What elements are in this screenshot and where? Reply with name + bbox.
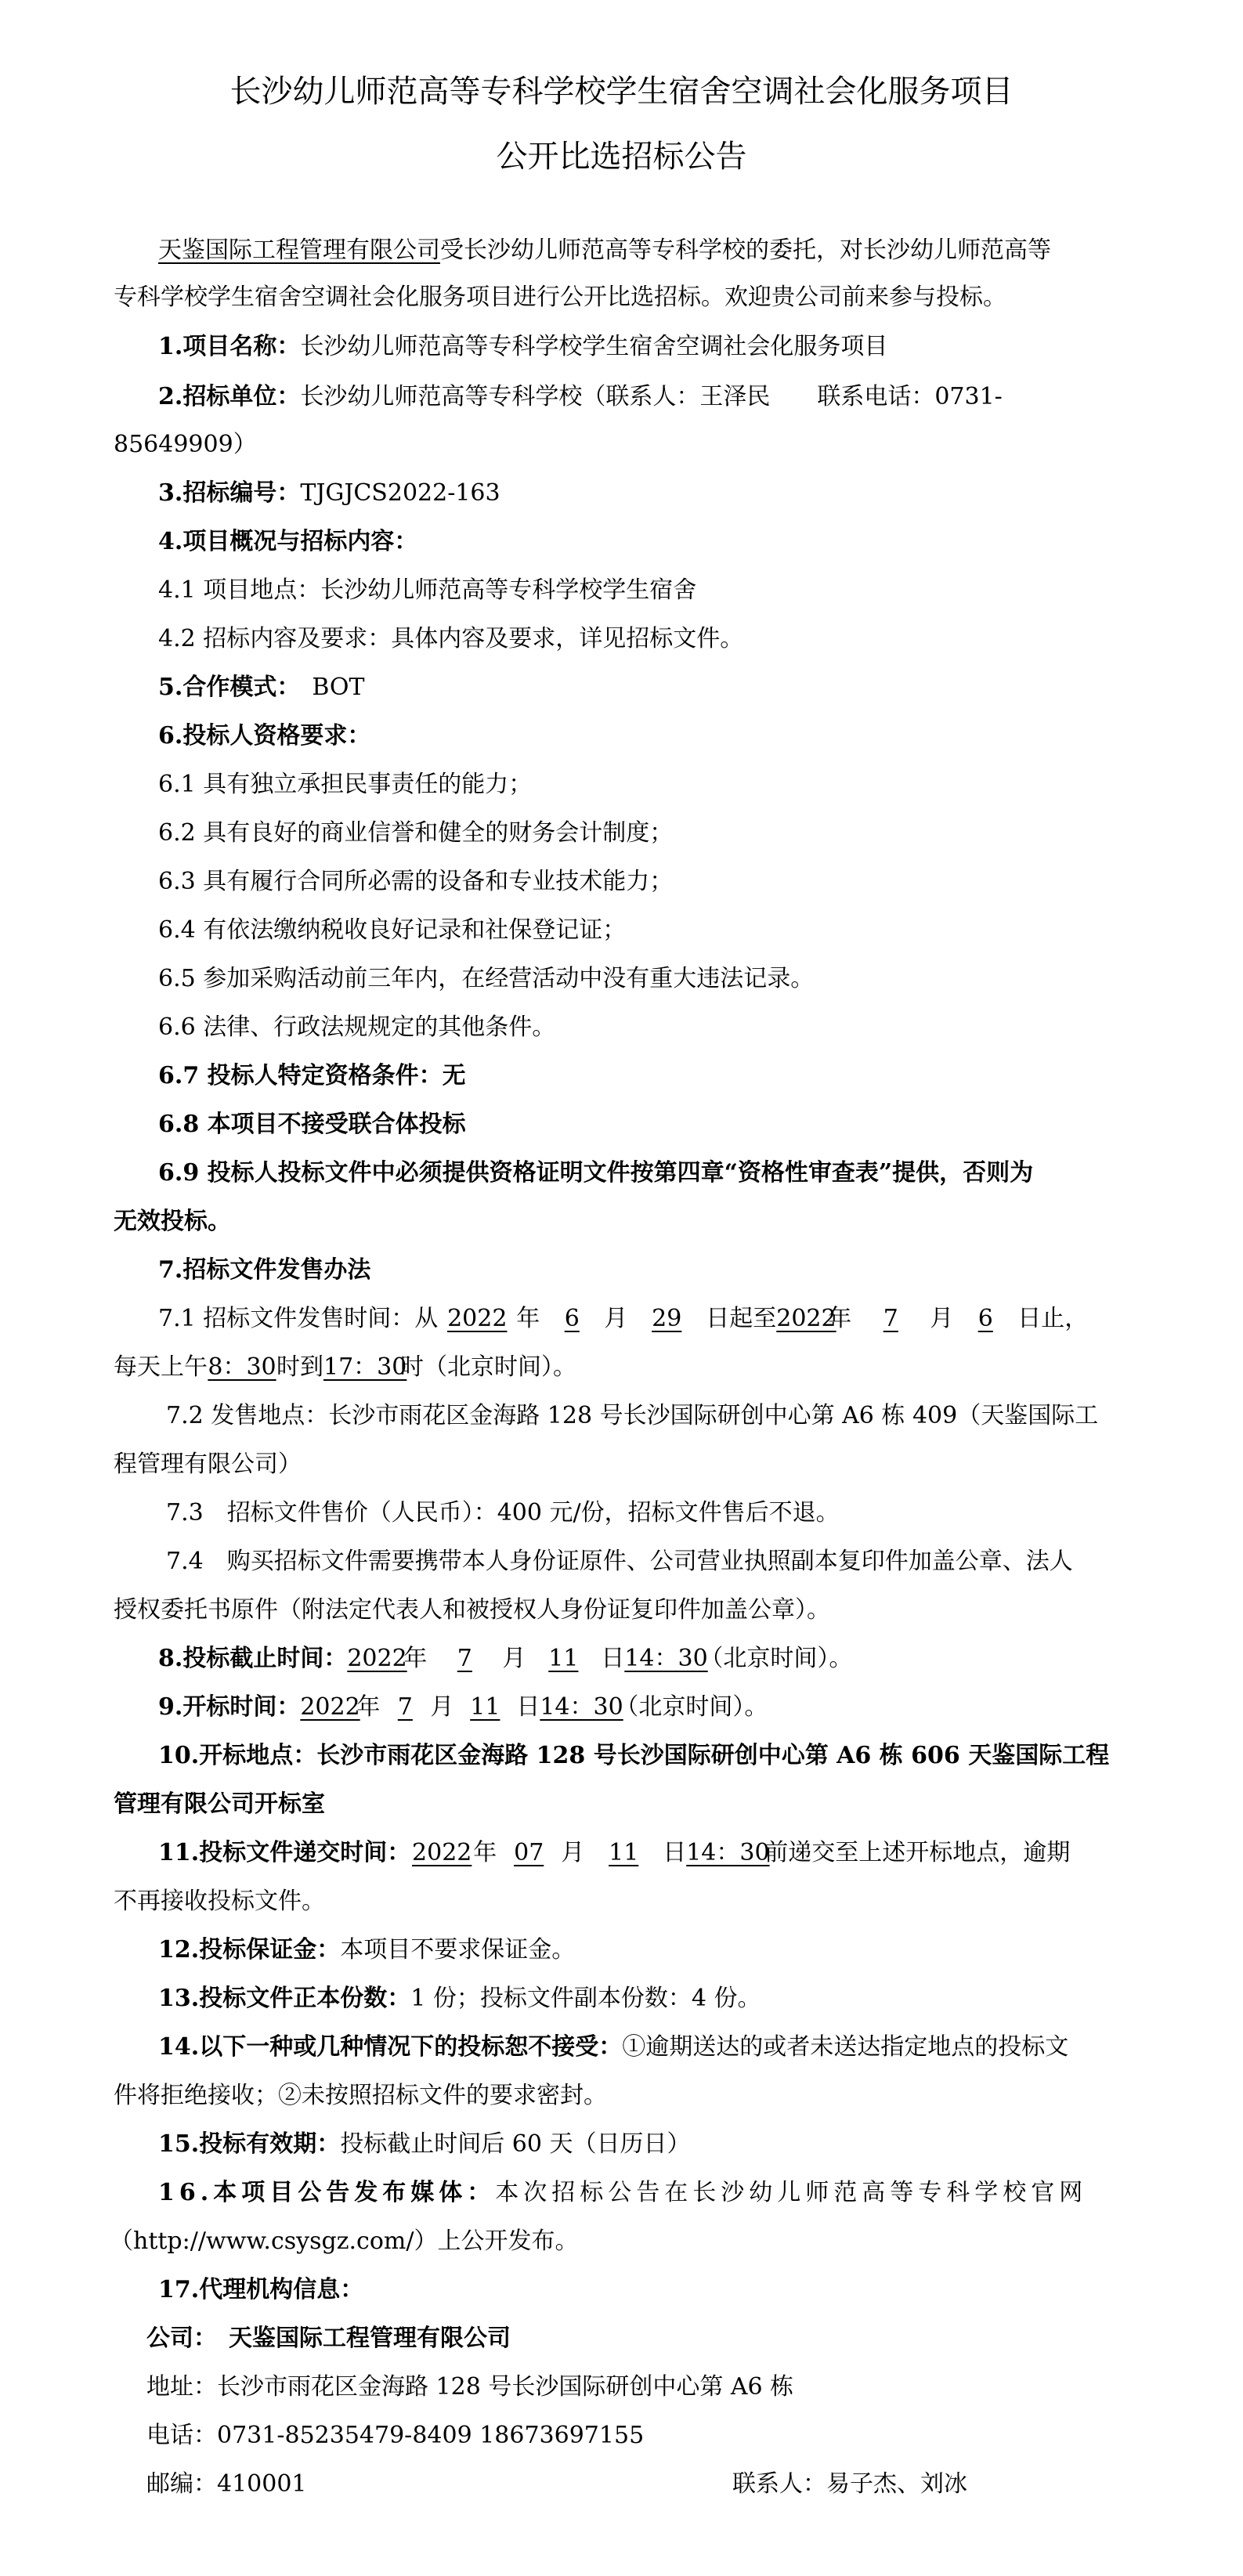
section-7-4: 7.4 购买招标文件需要携带本人身份证原件、公司营业执照副本复印件加盖公章、法人 <box>166 1537 1073 1586</box>
opening-day: 11 <box>453 1683 516 1732</box>
section-value: ①逾期送达的或者未送达指定地点的投标文 <box>622 2033 1068 2061</box>
section-6-9: 6.9 投标人投标文件中必须提供资格证明文件按第四章“资格性审查表”提供，否则为 <box>158 1149 1033 1198</box>
submission-month: 07 <box>497 1829 561 1877</box>
unit: 日 <box>516 1693 540 1721</box>
section-value: TJGJCS2022-163 <box>300 479 500 507</box>
section-label: 12.投标保证金： <box>158 1936 340 1964</box>
agency-address: 地址：长沙市雨花区金海路 128 号长沙国际研创中心第 A6 栋 <box>146 2363 793 2412</box>
deadline-time: 14：30 <box>624 1635 699 1683</box>
unit: 年 <box>473 1839 497 1866</box>
section-4-heading: 4.项目概况与招标内容： <box>158 518 417 566</box>
section-15-validity: 15.投标有效期：投标截止时间后 60 天（日历日） <box>158 2120 690 2169</box>
section-7-2: 7.2 发售地点：长沙市雨花区金海路 128 号长沙国际研创中心第 A6 栋 4… <box>166 1392 1098 1440</box>
section-value: BOT <box>288 674 364 701</box>
section-5-cooperation-mode: 5.合作模式： BOT <box>158 663 365 712</box>
section-16-media: 16.本项目公告发布媒体：本次招标公告在长沙幼儿师范高等专科学校官网 <box>158 2169 1087 2217</box>
time-start: 8：30 <box>208 1343 276 1392</box>
section-4-1: 4.1 项目地点：长沙幼儿师范高等专科学校学生宿舍 <box>158 566 696 615</box>
sale-time-label: 7.1 招标文件发售时间：从 <box>158 1305 438 1332</box>
section-7-heading: 7.招标文件发售办法 <box>158 1246 370 1295</box>
company-label: 公司： <box>146 2325 205 2352</box>
unit: 年 <box>828 1305 851 1332</box>
section-17-heading: 17.代理机构信息： <box>158 2266 363 2314</box>
document-title: 长沙幼儿师范高等专科学校学生宿舍空调社会化服务项目 <box>0 68 1243 115</box>
submission-time: 14：30 <box>686 1829 764 1877</box>
deadline-year: 2022 <box>347 1635 403 1683</box>
start-day: 29 <box>627 1295 706 1343</box>
unit: 年 <box>403 1645 427 1672</box>
time-end: 17：30 <box>323 1343 400 1392</box>
section-6-heading: 6.投标人资格要求： <box>158 712 370 761</box>
deadline-day: 11 <box>526 1635 601 1683</box>
section-2-tendering-unit: 2.招标单位：长沙幼儿师范高等专科学校（联系人：王泽民 联系电话：0731- <box>158 373 1003 421</box>
unit: 月 <box>930 1305 953 1332</box>
section-7-4-continuation: 授权委托书原件（附法定代表人和被授权人身份证复印件加盖公章）。 <box>114 1586 830 1635</box>
section-label: 16.本项目公告发布媒体： <box>158 2179 495 2206</box>
end-day: 6 <box>953 1295 1017 1343</box>
section-6-5: 6.5 参加采购活动前三年内，在经营活动中没有重大违法记录。 <box>158 955 814 1003</box>
section-6-8: 6.8 本项目不接受联合体投标 <box>158 1100 466 1149</box>
unit: 月 <box>604 1305 627 1332</box>
section-value: 1 份；投标文件副本份数：4 份。 <box>410 1985 761 2012</box>
section-14-rejection: 14.以下一种或几种情况下的投标恕不接受：①逾期送达的或者未送达指定地点的投标文 <box>158 2023 1068 2072</box>
unit: 年 <box>516 1305 540 1332</box>
agency-contact: 联系人：易子杰、刘冰 <box>732 2460 967 2509</box>
intro-line-2: 专科学校学生宿舍空调社会化服务项目进行公开比选招标。欢迎贵公司前来参与投标。 <box>114 273 1006 322</box>
section-7-2-continuation: 程管理有限公司） <box>114 1440 302 1489</box>
section-7-1: 7.1 招标文件发售时间：从2022年6月29日起至2022年7月6日止， <box>158 1295 1088 1343</box>
section-6-4: 6.4 有依法缴纳税收良好记录和社保登记证； <box>158 906 626 955</box>
unit: 时（北京时间）。 <box>400 1353 576 1381</box>
section-12-bid-bond: 12.投标保证金：本项目不要求保证金。 <box>158 1926 575 1974</box>
section-label: 8.投标截止时间： <box>158 1645 347 1672</box>
unit: 日起至 <box>706 1305 776 1332</box>
end-month: 7 <box>851 1295 930 1343</box>
unit: 前递交至上述开标地点，逾期 <box>764 1839 1070 1866</box>
announcement-page: 长沙幼儿师范高等专科学校学生宿舍空调社会化服务项目 公开比选招标公告 天鉴国际工… <box>0 0 1243 2576</box>
section-value: 长沙幼儿师范高等专科学校（联系人：王泽民 联系电话：0731- <box>300 383 1002 410</box>
section-3-tender-number: 3.招标编号：TJGJCS2022-163 <box>158 469 500 518</box>
section-6-7: 6.7 投标人特定资格条件：无 <box>158 1052 466 1100</box>
agency-phone: 电话：0731-85235479-8409 18673697155 <box>146 2412 644 2460</box>
unit: 日 <box>601 1645 624 1672</box>
agency-name: 天鉴国际工程管理有限公司 <box>158 237 440 264</box>
section-1-project-name: 1.项目名称：长沙幼儿师范高等专科学校学生宿舍空调社会化服务项目 <box>158 323 887 371</box>
section-label: 3.招标编号： <box>158 479 300 507</box>
section-14-continuation: 件将拒绝接收；②未按照招标文件的要求密封。 <box>114 2072 607 2120</box>
section-9-opening-time: 9.开标时间：2022年7月11日14：30（北京时间）。 <box>158 1683 768 1732</box>
section-label: 15.投标有效期： <box>158 2130 340 2158</box>
unit: 年 <box>356 1693 380 1721</box>
start-year: 2022 <box>438 1295 516 1343</box>
unit: 日 <box>663 1839 686 1866</box>
section-label: 9.开标时间： <box>158 1693 300 1721</box>
agency-postcode: 邮编：410001 <box>146 2460 307 2509</box>
unit: 时到 <box>276 1353 323 1381</box>
section-16-continuation[interactable]: （http://www.csysgz.com/）上公开发布。 <box>110 2217 578 2266</box>
start-month: 6 <box>540 1295 604 1343</box>
section-value: 本项目不要求保证金。 <box>340 1936 575 1964</box>
daily-label: 每天上午 <box>114 1353 208 1381</box>
section-8-bid-deadline: 8.投标截止时间：2022年7月11日14：30（北京时间）。 <box>158 1635 852 1683</box>
section-6-2: 6.2 具有良好的商业信誉和健全的财务会计制度； <box>158 809 673 858</box>
opening-time: 14：30 <box>540 1683 615 1732</box>
section-6-1: 6.1 具有独立承担民事责任的能力； <box>158 761 532 809</box>
unit: 日止， <box>1017 1305 1088 1332</box>
opening-month: 7 <box>380 1683 430 1732</box>
agency-company: 公司： 天鉴国际工程管理有限公司 <box>146 2314 511 2363</box>
intro-text: 受长沙幼儿师范高等专科学校的委托，对长沙幼儿师范高等 <box>440 237 1051 264</box>
section-11-submission-time: 11.投标文件递交时间：2022年07月11日14：30前递交至上述开标地点，逾… <box>158 1829 1070 1877</box>
submission-day: 11 <box>584 1829 663 1877</box>
unit: 月 <box>561 1839 584 1866</box>
company-name: 天鉴国际工程管理有限公司 <box>205 2325 511 2352</box>
section-label: 5.合作模式： <box>158 674 288 701</box>
section-11-continuation: 不再接收投标文件。 <box>114 1877 325 1926</box>
document-subtitle: 公开比选招标公告 <box>0 133 1243 180</box>
section-value: 本次招标公告在长沙幼儿师范高等专科学校官网 <box>495 2179 1087 2206</box>
unit: （北京时间）。 <box>615 1693 768 1721</box>
section-value: 投标截止时间后 60 天（日历日） <box>340 2130 690 2158</box>
section-6-9-continuation: 无效投标。 <box>114 1198 231 1246</box>
section-label: 14.以下一种或几种情况下的投标恕不接受： <box>158 2033 622 2061</box>
unit: 月 <box>430 1693 453 1721</box>
section-label: 13.投标文件正本份数： <box>158 1985 410 2012</box>
deadline-month: 7 <box>427 1635 502 1683</box>
section-label: 11.投标文件递交时间： <box>158 1839 410 1866</box>
section-6-3: 6.3 具有履行合同所必需的设备和专业技术能力； <box>158 858 673 906</box>
section-value: 长沙幼儿师范高等专科学校学生宿舍空调社会化服务项目 <box>300 333 887 360</box>
section-13-copies: 13.投标文件正本份数：1 份；投标文件副本份数：4 份。 <box>158 1974 761 2023</box>
unit: 月 <box>502 1645 526 1672</box>
section-7-1-continuation: 每天上午8：30时到17：30时（北京时间）。 <box>114 1343 576 1392</box>
submission-year: 2022 <box>410 1829 473 1877</box>
section-7-3: 7.3 招标文件售价（人民币）：400 元/份，招标文件售后不退。 <box>166 1489 840 1537</box>
section-label: 1.项目名称： <box>158 333 300 360</box>
section-2-continuation: 85649909） <box>114 421 257 469</box>
section-6-6: 6.6 法律、行政法规规定的其他条件。 <box>158 1003 555 1052</box>
end-year: 2022 <box>776 1295 828 1343</box>
section-10-continuation: 管理有限公司开标室 <box>114 1780 325 1829</box>
intro-line-1: 天鉴国际工程管理有限公司受长沙幼儿师范高等专科学校的委托，对长沙幼儿师范高等 <box>158 226 1051 275</box>
section-4-2: 4.2 招标内容及要求：具体内容及要求，详见招标文件。 <box>158 615 743 663</box>
opening-year: 2022 <box>300 1683 356 1732</box>
unit: （北京时间）。 <box>699 1645 852 1672</box>
section-10-opening-location: 10.开标地点：长沙市雨花区金海路 128 号长沙国际研创中心第 A6 栋 60… <box>158 1732 1109 1780</box>
section-label: 2.招标单位： <box>158 383 300 410</box>
